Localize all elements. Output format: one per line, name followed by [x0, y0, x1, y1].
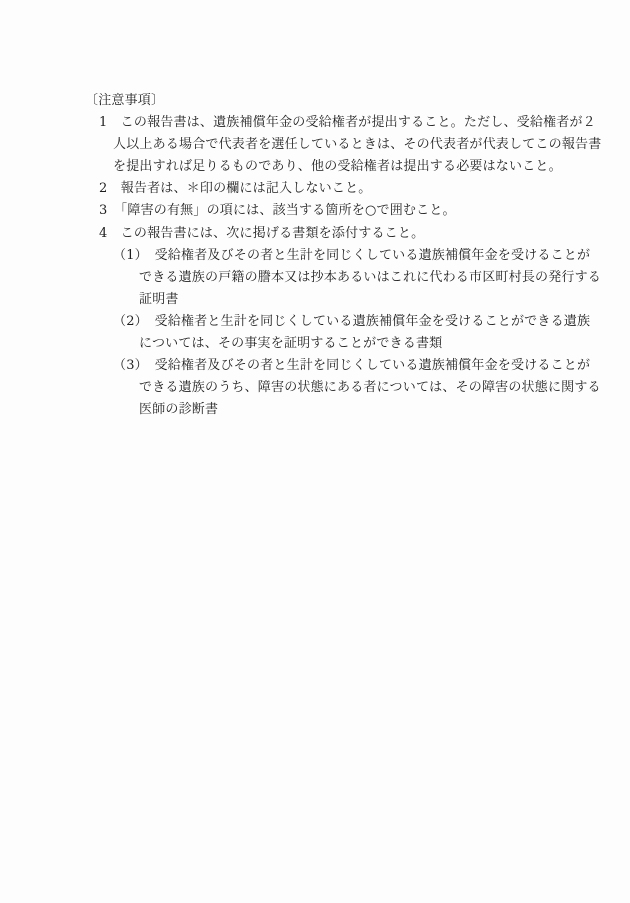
note-item-4-sub-2-line-2: については、その事実を証明することができる書類: [85, 333, 575, 355]
note-item-4-sub-3-line-3: 医師の診断書: [85, 399, 575, 421]
note-item-1-line-1: 1 この報告書は、遺族補償年金の受給権者が提出すること。ただし、受給権者が２: [85, 112, 575, 134]
note-item-1-line-2: 人以上ある場合で代表者を選任しているときは、その代表者が代表してこの報告書: [85, 134, 575, 156]
note-item-4-sub-1-line-2: できる遺族の戸籍の謄本又は抄本あるいはこれに代わる市区町村長の発行する: [85, 267, 575, 289]
note-item-1-line-3: を提出すれば足りるものであり、他の受給権者は提出する必要はないこと。: [85, 156, 575, 178]
note-item-2: 2 報告者は、＊印の欄には記入しないこと。: [85, 178, 575, 200]
scanned-document-page: 〔注意事項〕 1 この報告書は、遺族補償年金の受給権者が提出すること。ただし、受…: [0, 0, 630, 903]
note-item-4-sub-2-line-1: （2） 受給権者と生計を同じくしている遺族補償年金を受けることができる遺族: [85, 311, 575, 333]
note-item-4: 4 この報告書には、次に掲げる書類を添付すること。: [85, 223, 575, 245]
note-item-4-sub-1-line-3: 証明書: [85, 289, 575, 311]
note-item-4-sub-3-line-1: （3） 受給権者及びその者と生計を同じくしている遺族補償年金を受けることが: [85, 355, 575, 377]
notes-section: 〔注意事項〕 1 この報告書は、遺族補償年金の受給権者が提出すること。ただし、受…: [85, 90, 575, 421]
note-item-4-sub-1-line-1: （1） 受給権者及びその者と生計を同じくしている遺族補償年金を受けることが: [85, 245, 575, 267]
notes-heading: 〔注意事項〕: [85, 90, 575, 112]
note-item-4-sub-3-line-2: できる遺族のうち、障害の状態にある者については、その障害の状態に関する: [85, 377, 575, 399]
note-item-3: 3 「障害の有無」の項には、該当する箇所を○で囲むこと。: [85, 200, 575, 222]
